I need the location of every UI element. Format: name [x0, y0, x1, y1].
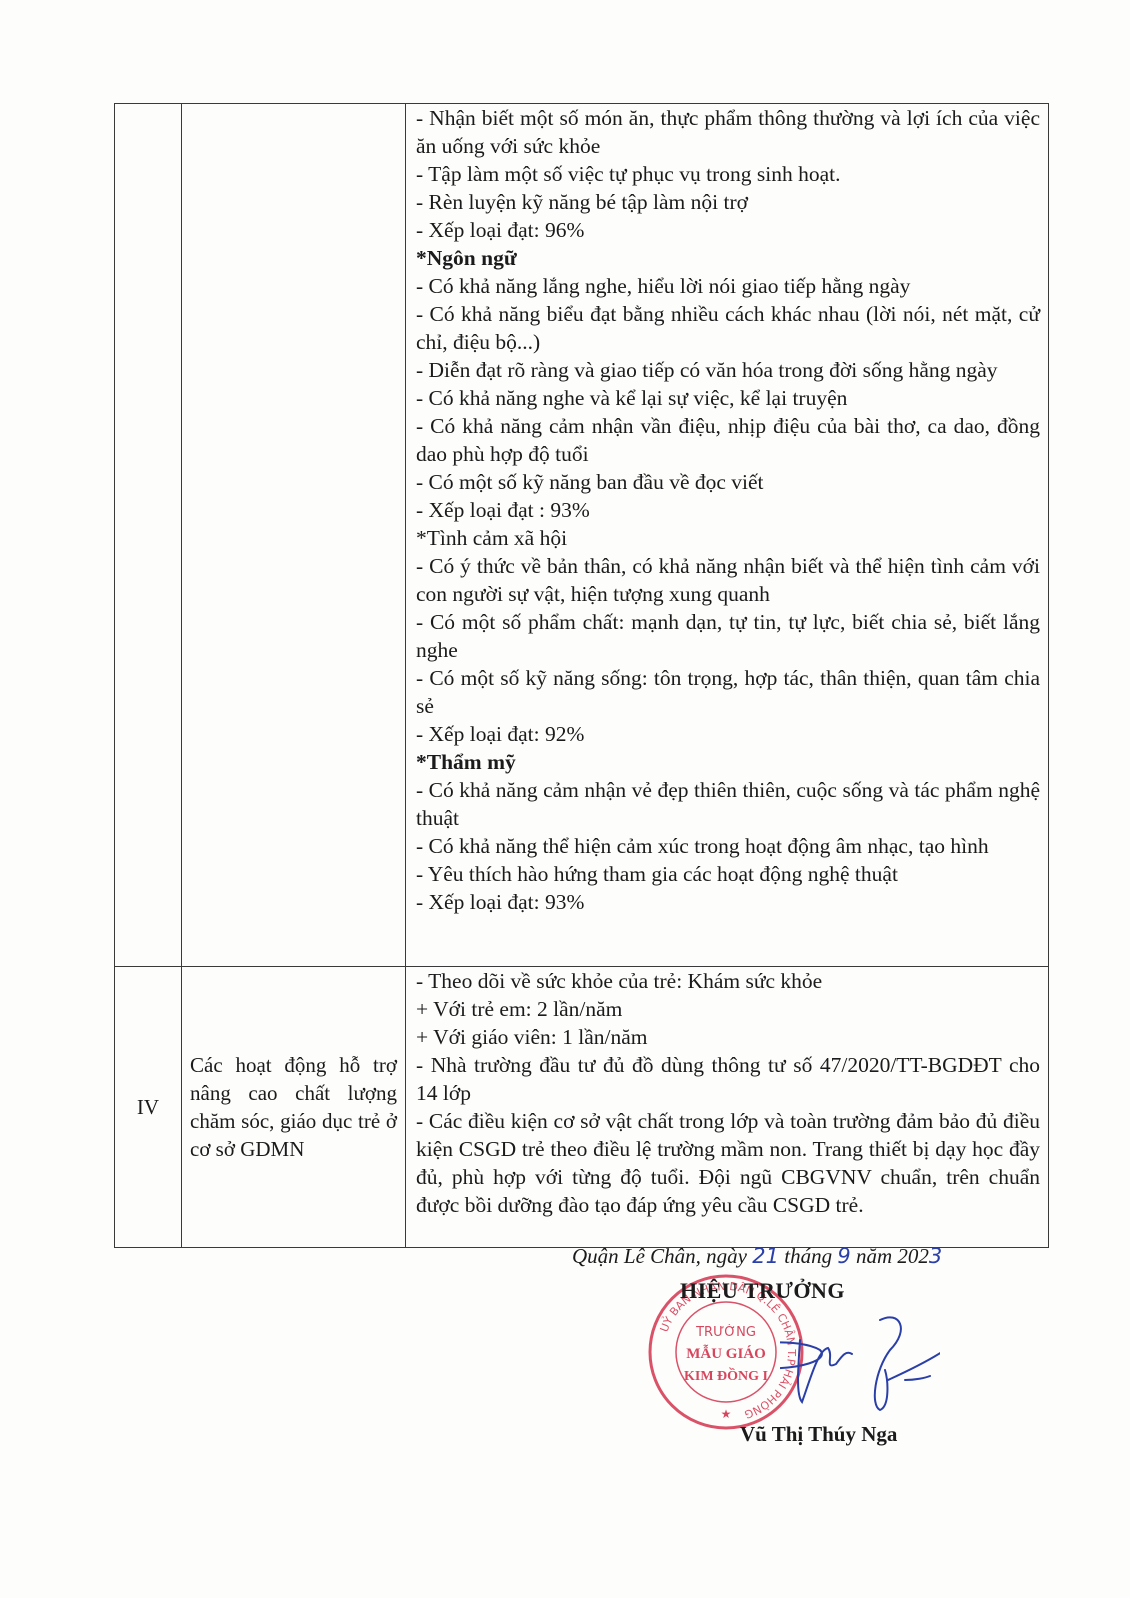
content-line: - Các điều kiện cơ sở vật chất trong lớp… [416, 1107, 1040, 1219]
content-line: - Diễn đạt rõ ràng và giao tiếp có văn h… [416, 356, 1040, 384]
date-day: 21 [752, 1244, 779, 1268]
row-title-cell [182, 104, 406, 967]
content-line: - Có một số phẩm chất: mạnh dạn, tự tin,… [416, 608, 1040, 664]
date-month-label: tháng [779, 1244, 837, 1268]
row-content-cell: - Theo dõi về sức khỏe của trẻ: Khám sức… [406, 967, 1049, 1248]
date-year-label: năm 202 [851, 1244, 929, 1268]
table-row: IV Các hoạt động hỗ trợ nâng cao chất lư… [115, 967, 1049, 1248]
date-year-last: 3 [929, 1244, 942, 1268]
content-line: - Nhà trường đầu tư đủ đồ dùng thông tư … [416, 1051, 1040, 1107]
row-content-cell: - Nhận biết một số món ăn, thực phẩm thô… [406, 104, 1049, 967]
content-line: + Với trẻ em: 2 lần/năm [416, 995, 1040, 1023]
svg-text:KIM ĐỒNG I: KIM ĐỒNG I [684, 1366, 768, 1384]
row-content: - Nhận biết một số món ăn, thực phẩm thô… [406, 104, 1048, 916]
content-line: - Có một số kỹ năng ban đầu về đọc viết [416, 468, 1040, 496]
content-line: - Xếp loại đạt: 93% [416, 888, 1040, 916]
content-line: + Với giáo viên: 1 lần/năm [416, 1023, 1040, 1051]
row-content: - Theo dõi về sức khỏe của trẻ: Khám sức… [406, 967, 1048, 1219]
report-table: - Nhận biết một số món ăn, thực phẩm thô… [114, 103, 1049, 1248]
content-line: - Tập làm một số việc tự phục vụ trong s… [416, 160, 1040, 188]
content-line: - Có khả năng biểu đạt bằng nhiều cách k… [416, 300, 1040, 356]
date-line: Quận Lê Chân, ngày 21 tháng 9 năm 2023 [572, 1244, 942, 1269]
content-line: - Có khả năng nghe và kể lại sự việc, kể… [416, 384, 1040, 412]
subsection-heading: *Thẩm mỹ [416, 748, 1040, 776]
content-line: - Theo dõi về sức khỏe của trẻ: Khám sức… [416, 967, 1040, 995]
subsection-heading: *Ngôn ngữ [416, 244, 1040, 272]
table-row: - Nhận biết một số món ăn, thực phẩm thô… [115, 104, 1049, 967]
content-line: - Có khả năng lắng nghe, hiểu lời nói gi… [416, 272, 1040, 300]
svg-text:MẪU GIÁO: MẪU GIÁO [686, 1344, 766, 1362]
content-line: - Xếp loại đạt : 93% [416, 496, 1040, 524]
content-line: - Có khả năng thể hiện cảm xúc trong hoạ… [416, 832, 1040, 860]
svg-text:★: ★ [721, 1407, 732, 1421]
row-number-cell: IV [115, 967, 182, 1248]
content-line: - Có khả năng cảm nhận vần điệu, nhịp đi… [416, 412, 1040, 468]
content-line: - Xếp loại đạt: 92% [416, 720, 1040, 748]
section-title: Các hoạt động hỗ trợ nâng cao chất lượng… [182, 1051, 405, 1163]
content-line: - Yêu thích hào hứng tham gia các hoạt đ… [416, 860, 1040, 888]
date-place: Quận Lê Chân, ngày [572, 1244, 752, 1268]
content-line: - Rèn luyện kỹ năng bé tập làm nội trợ [416, 188, 1040, 216]
signer-role: HIỆU TRƯỞNG [680, 1278, 845, 1304]
row-number-cell [115, 104, 182, 967]
svg-text:TRƯỜNG: TRƯỜNG [695, 1324, 756, 1340]
date-month: 9 [837, 1244, 850, 1268]
content-line: - Có ý thức về bản thân, có khả năng nhậ… [416, 552, 1040, 608]
content-line: - Có một số kỹ năng sống: tôn trọng, hợp… [416, 664, 1040, 720]
handwritten-signature-icon [780, 1310, 940, 1420]
signer-name: Vũ Thị Thúy Nga [740, 1422, 897, 1447]
content-line: - Có khả năng cảm nhận vẻ đẹp thiên thiê… [416, 776, 1040, 832]
signature-block: Quận Lê Chân, ngày 21 tháng 9 năm 2023 U… [560, 1240, 1060, 1480]
content-line: - Nhận biết một số món ăn, thực phẩm thô… [416, 104, 1040, 160]
row-title-cell: Các hoạt động hỗ trợ nâng cao chất lượng… [182, 967, 406, 1248]
content-line: - Xếp loại đạt: 96% [416, 216, 1040, 244]
content-line: *Tình cảm xã hội [416, 524, 1040, 552]
